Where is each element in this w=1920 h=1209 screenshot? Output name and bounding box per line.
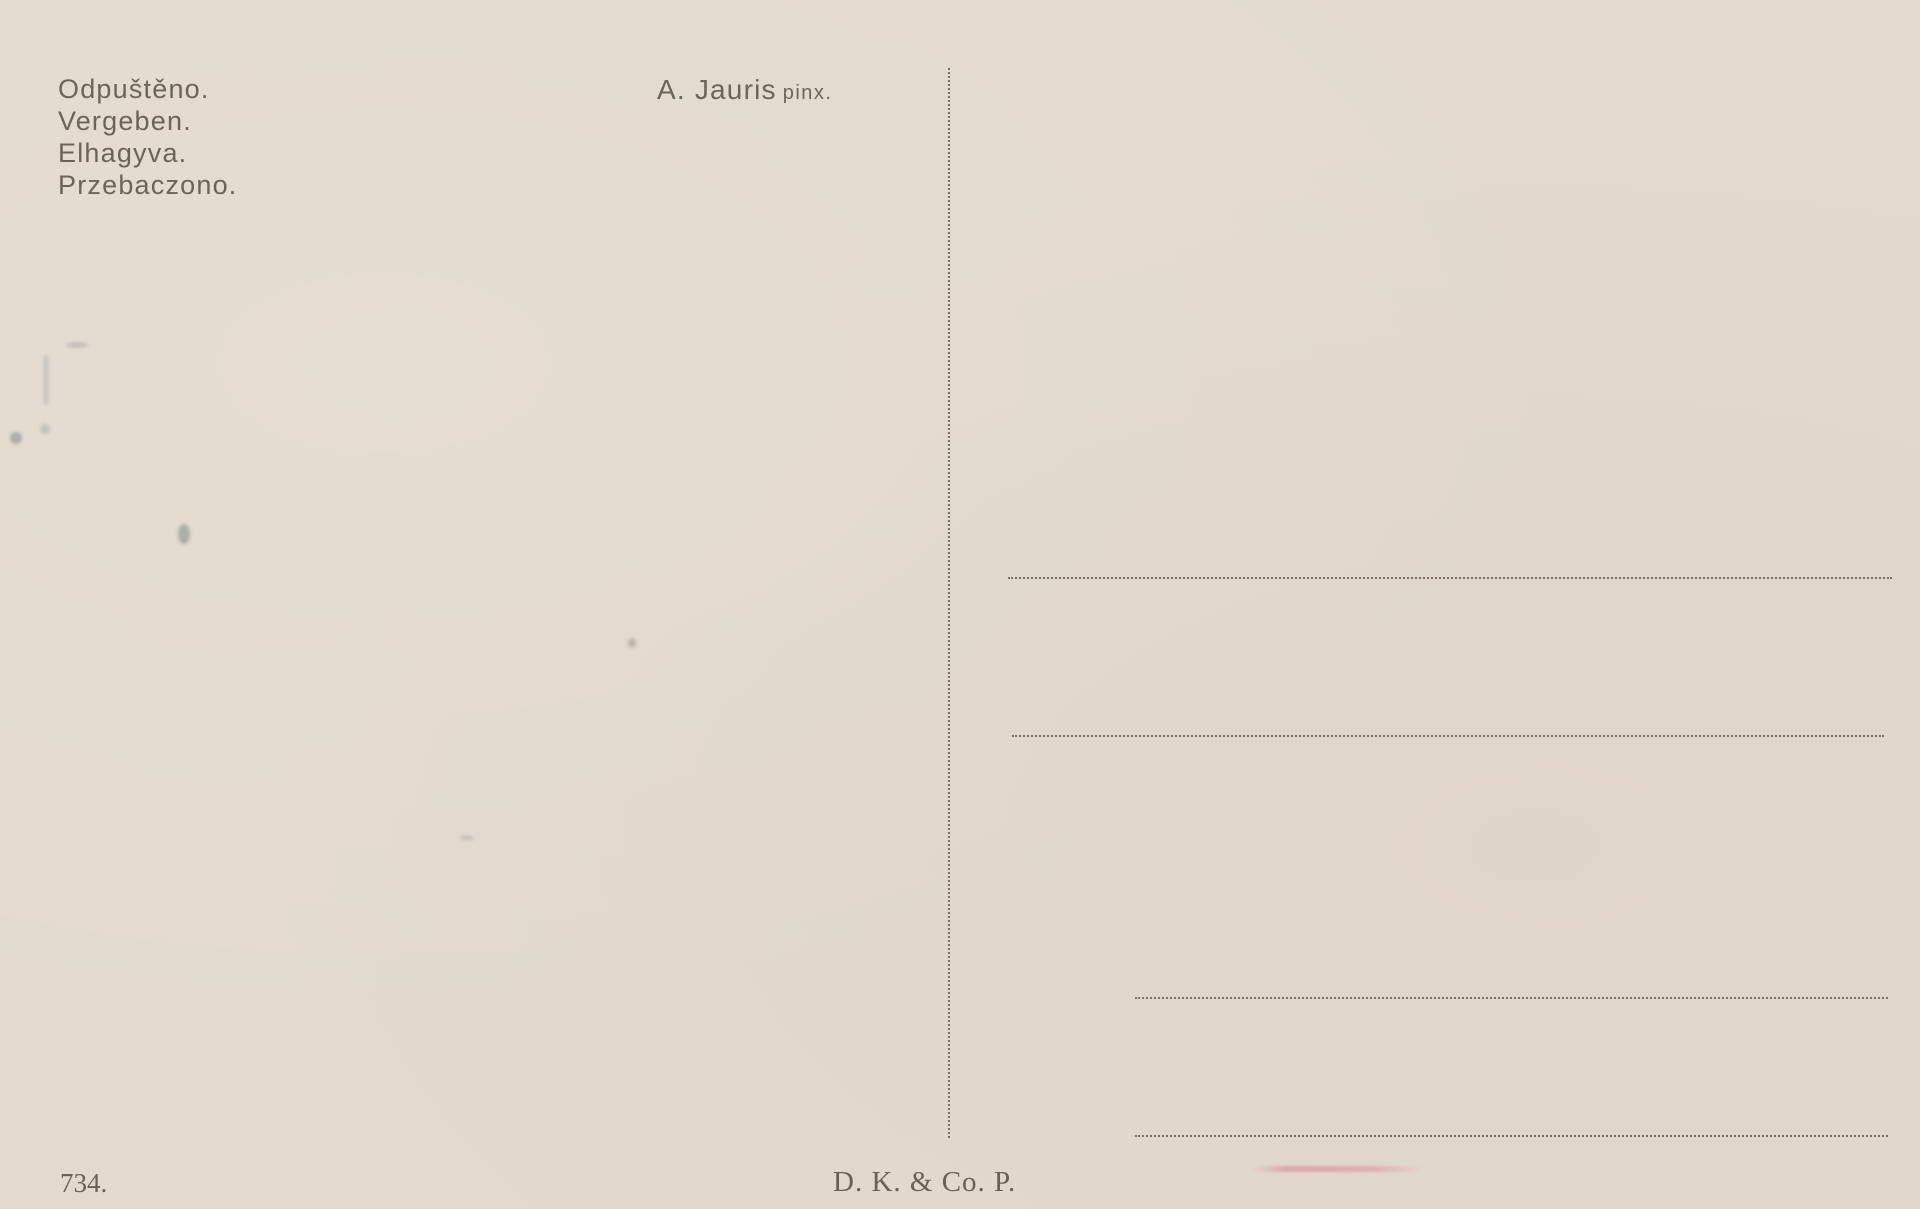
artist-name: A. Jauris <box>657 74 777 105</box>
title-czech: Odpuštěno. <box>58 73 238 105</box>
ink-stain <box>1253 1166 1423 1172</box>
publisher-imprint: D. K. & Co. P. <box>833 1166 1016 1199</box>
pencil-mark <box>40 424 50 434</box>
pencil-mark <box>66 342 88 348</box>
pencil-mark <box>460 836 474 840</box>
title-block: Odpuštěno. Vergeben. Elhagyva. Przebaczo… <box>58 73 238 201</box>
card-number: 734. <box>60 1168 107 1199</box>
title-hungarian: Elhagyva. <box>58 137 238 169</box>
address-line-1 <box>1008 577 1892 579</box>
postcard-back: Odpuštěno. Vergeben. Elhagyva. Przebaczo… <box>0 0 1920 1209</box>
pencil-mark <box>44 355 48 405</box>
artist-credit: A. Jaurispinx. <box>657 74 832 106</box>
address-line-2 <box>1012 735 1884 737</box>
title-german: Vergeben. <box>58 105 238 137</box>
address-line-3 <box>1135 997 1888 999</box>
title-polish: Przebaczono. <box>58 169 238 201</box>
paper-speck <box>628 638 636 648</box>
vertical-divider <box>948 68 950 1138</box>
pencil-mark <box>10 432 22 444</box>
pencil-mark <box>178 524 190 544</box>
address-line-4 <box>1135 1135 1888 1137</box>
artist-pinx: pinx. <box>783 82 833 104</box>
